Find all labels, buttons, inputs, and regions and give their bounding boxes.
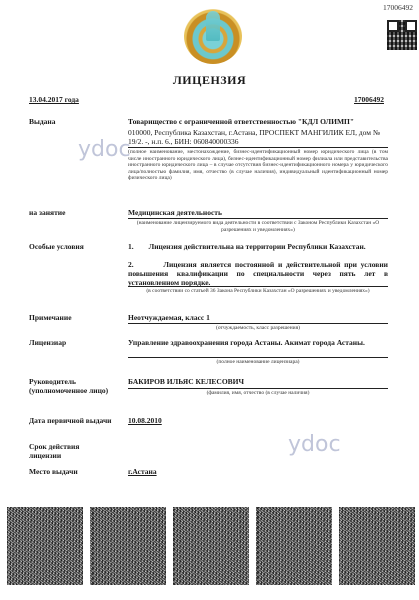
document-number-top: 17006492 (383, 3, 413, 12)
divider (128, 357, 388, 358)
barcode-block-icon (256, 507, 332, 585)
barcode-strip (7, 507, 417, 586)
issued-to-label: Выдана (29, 117, 55, 126)
validity-label-line2: лицензии (29, 451, 79, 460)
watermark: ydoc (78, 137, 131, 162)
divider (128, 218, 388, 219)
note-label: Примечание (29, 313, 72, 322)
document-title: ЛИЦЕНЗИЯ (0, 73, 419, 88)
head-value: БАКИРОВ ИЛЬЯС КЕЛЕСОВИЧ (128, 377, 388, 386)
special-condition-1: 1. Лицензия действительна на территории … (128, 242, 388, 251)
licensor-caption: (полное наименование лицензиара) (128, 359, 388, 366)
first-issue-label: Дата первичной выдачи (29, 416, 112, 425)
special-conditions-caption: (в соответствии со статьей 36 Закона Рес… (128, 288, 388, 295)
activity-caption: (наименование лицензируемого вида деятел… (128, 220, 388, 234)
note-caption: (отчуждаемость, класс разрешения) (128, 325, 388, 332)
barcode-block-icon (90, 507, 166, 585)
validity-label-line1: Срок действия (29, 442, 79, 451)
barcode-block-icon (173, 507, 249, 585)
licensor-label: Лицензиар (29, 338, 66, 347)
issued-to-name: Товарищество с ограниченной ответственно… (128, 117, 388, 126)
place-value: г.Астана (128, 467, 157, 476)
barcode-block-icon (339, 507, 415, 585)
divider (128, 388, 388, 389)
activity-label: на занятие (29, 208, 65, 217)
issued-to-caption: (полное наименование, местонахождение, б… (128, 149, 388, 182)
issued-to-address: 010000, Республика Казахстан, г.Астана, … (128, 128, 388, 146)
divider (128, 147, 388, 148)
head-label-line1: Руководитель (29, 377, 108, 386)
divider (128, 286, 388, 287)
divider (128, 323, 388, 324)
head-label-line2: (уполномоченное лицо) (29, 386, 108, 395)
special-condition-2: 2. Лицензия является постоянной и действ… (128, 260, 388, 287)
place-label: Место выдачи (29, 467, 78, 476)
state-emblem-icon (184, 8, 242, 64)
head-caption: (фамилия, имя, отчество (в случае наличи… (128, 390, 388, 397)
special-conditions-label: Особые условия (29, 242, 84, 251)
activity-value: Медицинская деятельность (128, 208, 388, 217)
barcode-block-icon (7, 507, 83, 585)
head-label: Руководитель (уполномоченное лицо) (29, 377, 108, 395)
licensor-value: Управление здравоохранения города Астаны… (128, 338, 388, 347)
first-issue-value: 10.08.2010 (128, 416, 162, 425)
qr-code-icon (387, 20, 417, 50)
watermark: ydoc (288, 432, 341, 457)
issue-date: 13.04.2017 года (29, 95, 79, 104)
validity-label: Срок действия лицензии (29, 442, 79, 460)
note-value: Неотчуждаемая, класс 1 (128, 313, 388, 322)
license-number: 17006492 (354, 95, 384, 104)
